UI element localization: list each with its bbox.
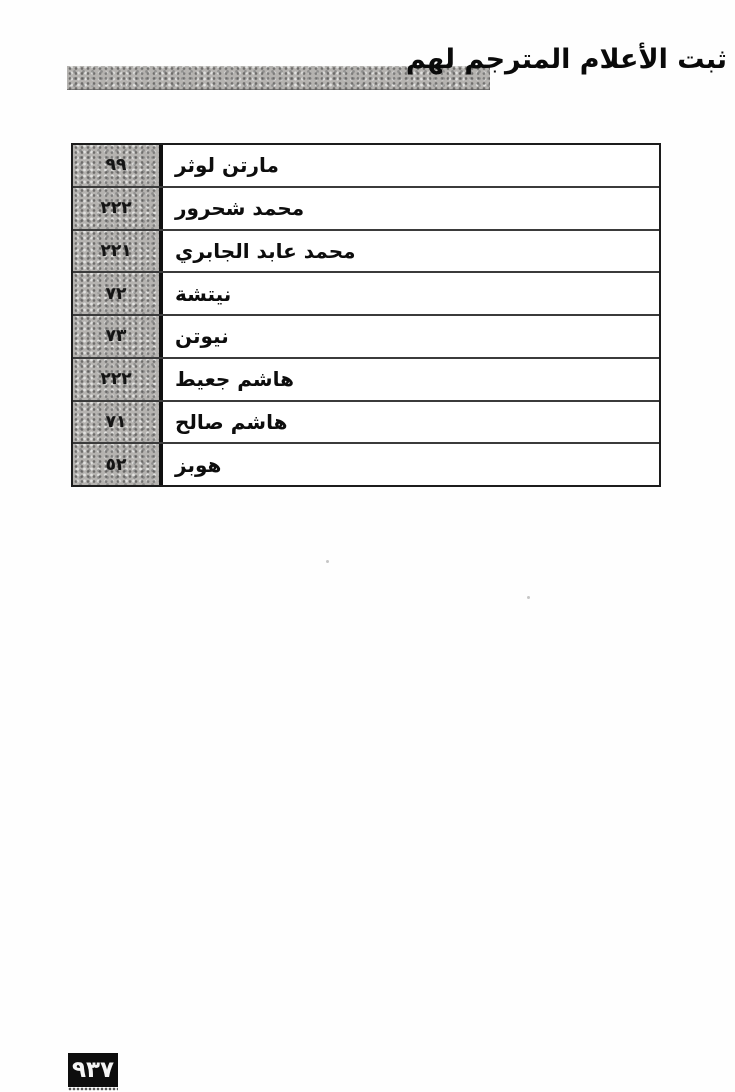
table-row: ٢٢٢ محمد شحرور — [73, 188, 659, 231]
name-cell: هوبز — [163, 444, 659, 485]
scan-speck — [527, 596, 530, 599]
table-row: ٢٢٢ هاشم جعيط — [73, 359, 659, 402]
name-cell: نيتشة — [163, 273, 659, 314]
name-cell: هاشم صالح — [163, 402, 659, 443]
page-number-cell: ٢٢١ — [73, 231, 163, 272]
name-cell: هاشم جعيط — [163, 359, 659, 400]
scanned-book-page: ثبت الأعلام المترجم لهم ٩٩ مارتن لوثر ٢٢… — [0, 0, 735, 1092]
page-number-cell: ٧١ — [73, 402, 163, 443]
table-row: ٥٢ هوبز — [73, 444, 659, 485]
name-cell: مارتن لوثر — [163, 145, 659, 186]
name-cell: محمد شحرور — [163, 188, 659, 229]
name-cell: نيوتن — [163, 316, 659, 357]
name-cell: محمد عابد الجابري — [163, 231, 659, 272]
folio-page-number-text: ٩٣٧ — [72, 1057, 114, 1083]
folio-page-number: ٩٣٧ — [68, 1053, 118, 1087]
scan-speck — [326, 560, 329, 563]
table-row: ٩٩ مارتن لوثر — [73, 145, 659, 188]
page-title: ثبت الأعلام المترجم لهم — [406, 44, 727, 75]
page-number-cell: ٩٩ — [73, 145, 163, 186]
table-row: ٧٣ نيوتن — [73, 316, 659, 359]
table-row: ٢٢١ محمد عابد الجابري — [73, 231, 659, 274]
table-row: ٧٢ نيتشة — [73, 273, 659, 316]
page-number-cell: ٧٢ — [73, 273, 163, 314]
table-row: ٧١ هاشم صالح — [73, 402, 659, 445]
index-table: ٩٩ مارتن لوثر ٢٢٢ محمد شحرور ٢٢١ محمد عا… — [71, 143, 661, 487]
page-number-cell: ٢٢٢ — [73, 188, 163, 229]
page-number-cell: ٧٣ — [73, 316, 163, 357]
page-number-cell: ٢٢٢ — [73, 359, 163, 400]
page-number-cell: ٥٢ — [73, 444, 163, 485]
